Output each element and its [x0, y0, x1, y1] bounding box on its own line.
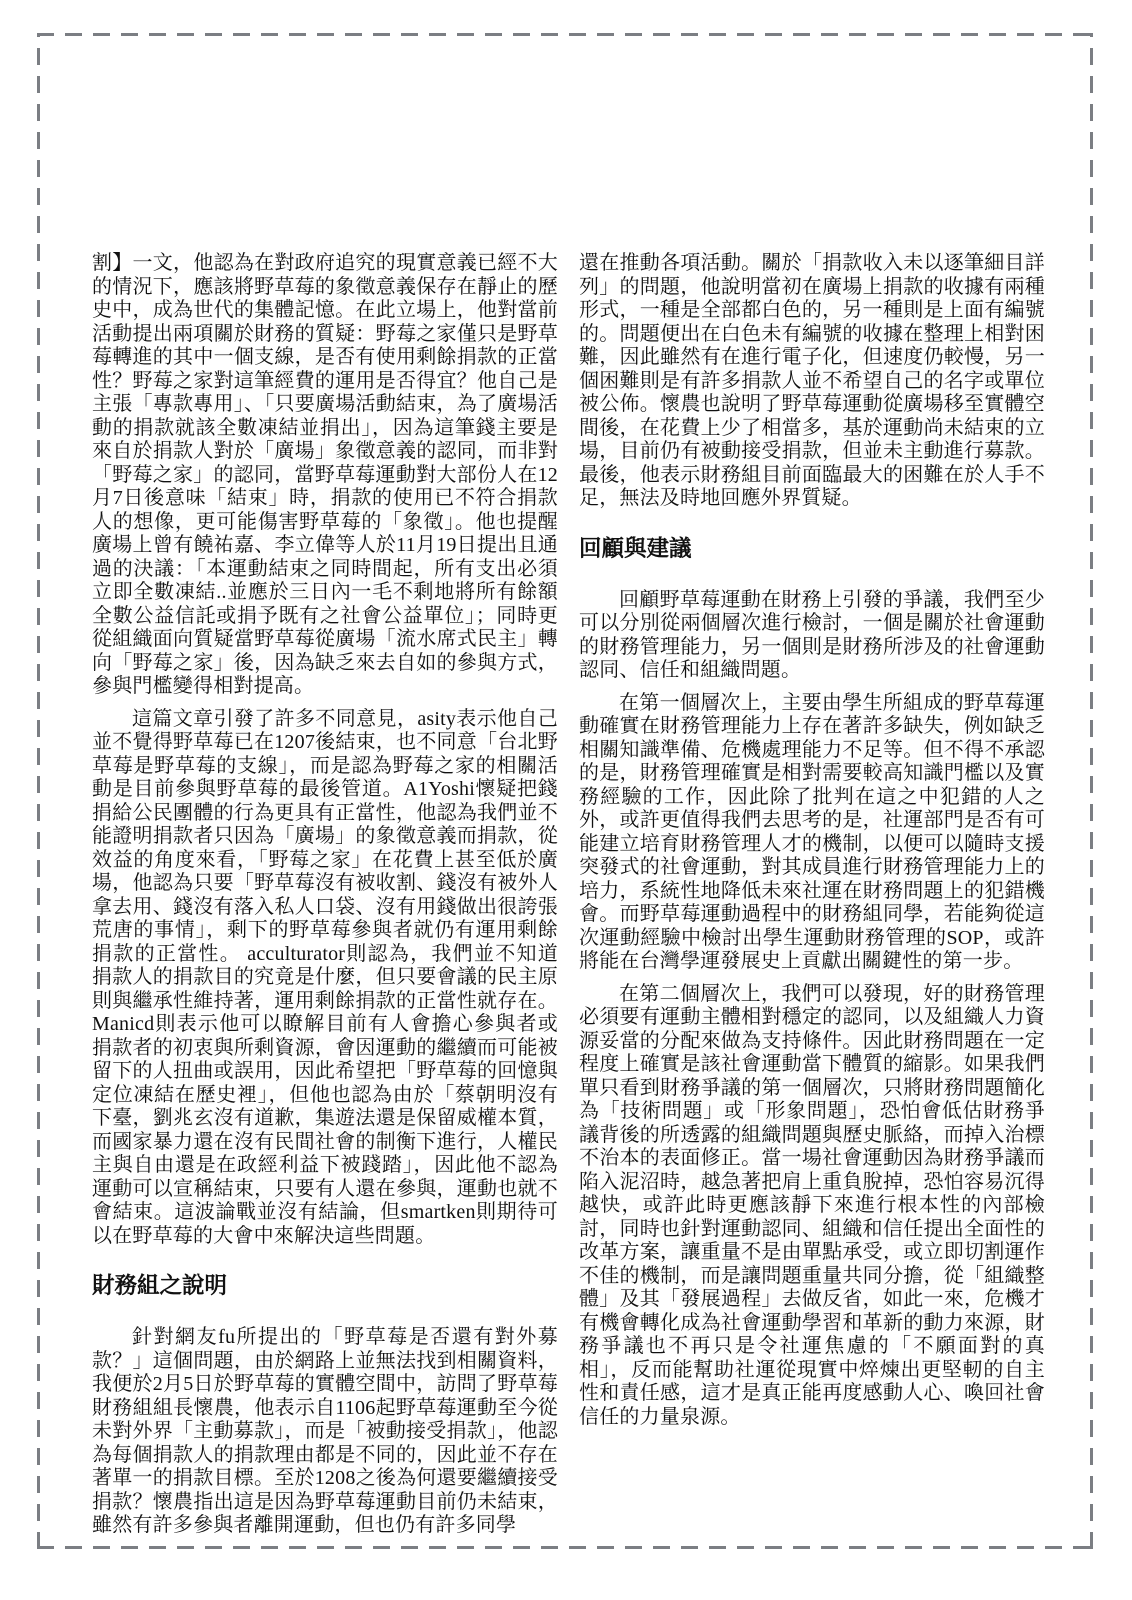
paragraph-debate: 這篇文章引發了許多不同意見，asity表示他自己並不覺得野草莓已在1207後結束…	[92, 708, 558, 1249]
left-column: 割】一文，他認為在對政府追究的現實意義已經不大的情況下，應該將野草莓的象徵意義保…	[92, 252, 558, 1547]
section-heading-review-suggestions: 回顧與建議	[579, 536, 1045, 562]
paragraph-review-intro: 回顧野草莓運動在財務上引發的爭議，我們至少可以分別從兩個層次進行檢討，一個是關於…	[579, 589, 1045, 683]
paragraph-continuation: 割】一文，他認為在對政府追究的現實意義已經不大的情況下，應該將野草莓的象徵意義保…	[92, 252, 558, 699]
two-column-text-area: 割】一文，他認為在對政府追究的現實意義已經不大的情況下，應該將野草莓的象徵意義保…	[92, 252, 1046, 1547]
document-page: 割】一文，他認為在對政府追究的現實意義已經不大的情況下，應該將野草莓的象徵意義保…	[0, 0, 1132, 1600]
paragraph-review-level2: 在第二個層次上，我們可以發現，好的財務管理必須要有運動主體相對穩定的認同，以及組…	[579, 983, 1045, 1430]
paragraph-finance-interview-continued: 還在推動各項活動。關於「捐款收入未以逐筆細目詳列」的問題，他說明當初在廣場上捐款…	[579, 252, 1045, 511]
section-heading-finance-group: 財務組之說明	[92, 1273, 558, 1299]
paragraph-review-level1: 在第一個層次上，主要由學生所組成的野草莓運動確實在財務管理能力上存在著許多缺失，…	[579, 692, 1045, 974]
right-column: 還在推動各項活動。關於「捐款收入未以逐筆細目詳列」的問題，他說明當初在廣場上捐款…	[579, 252, 1045, 1547]
paragraph-finance-interview: 針對網友fu所提出的「野草莓是否還有對外募款？」這個問題，由於網路上並無法找到相…	[92, 1326, 558, 1538]
